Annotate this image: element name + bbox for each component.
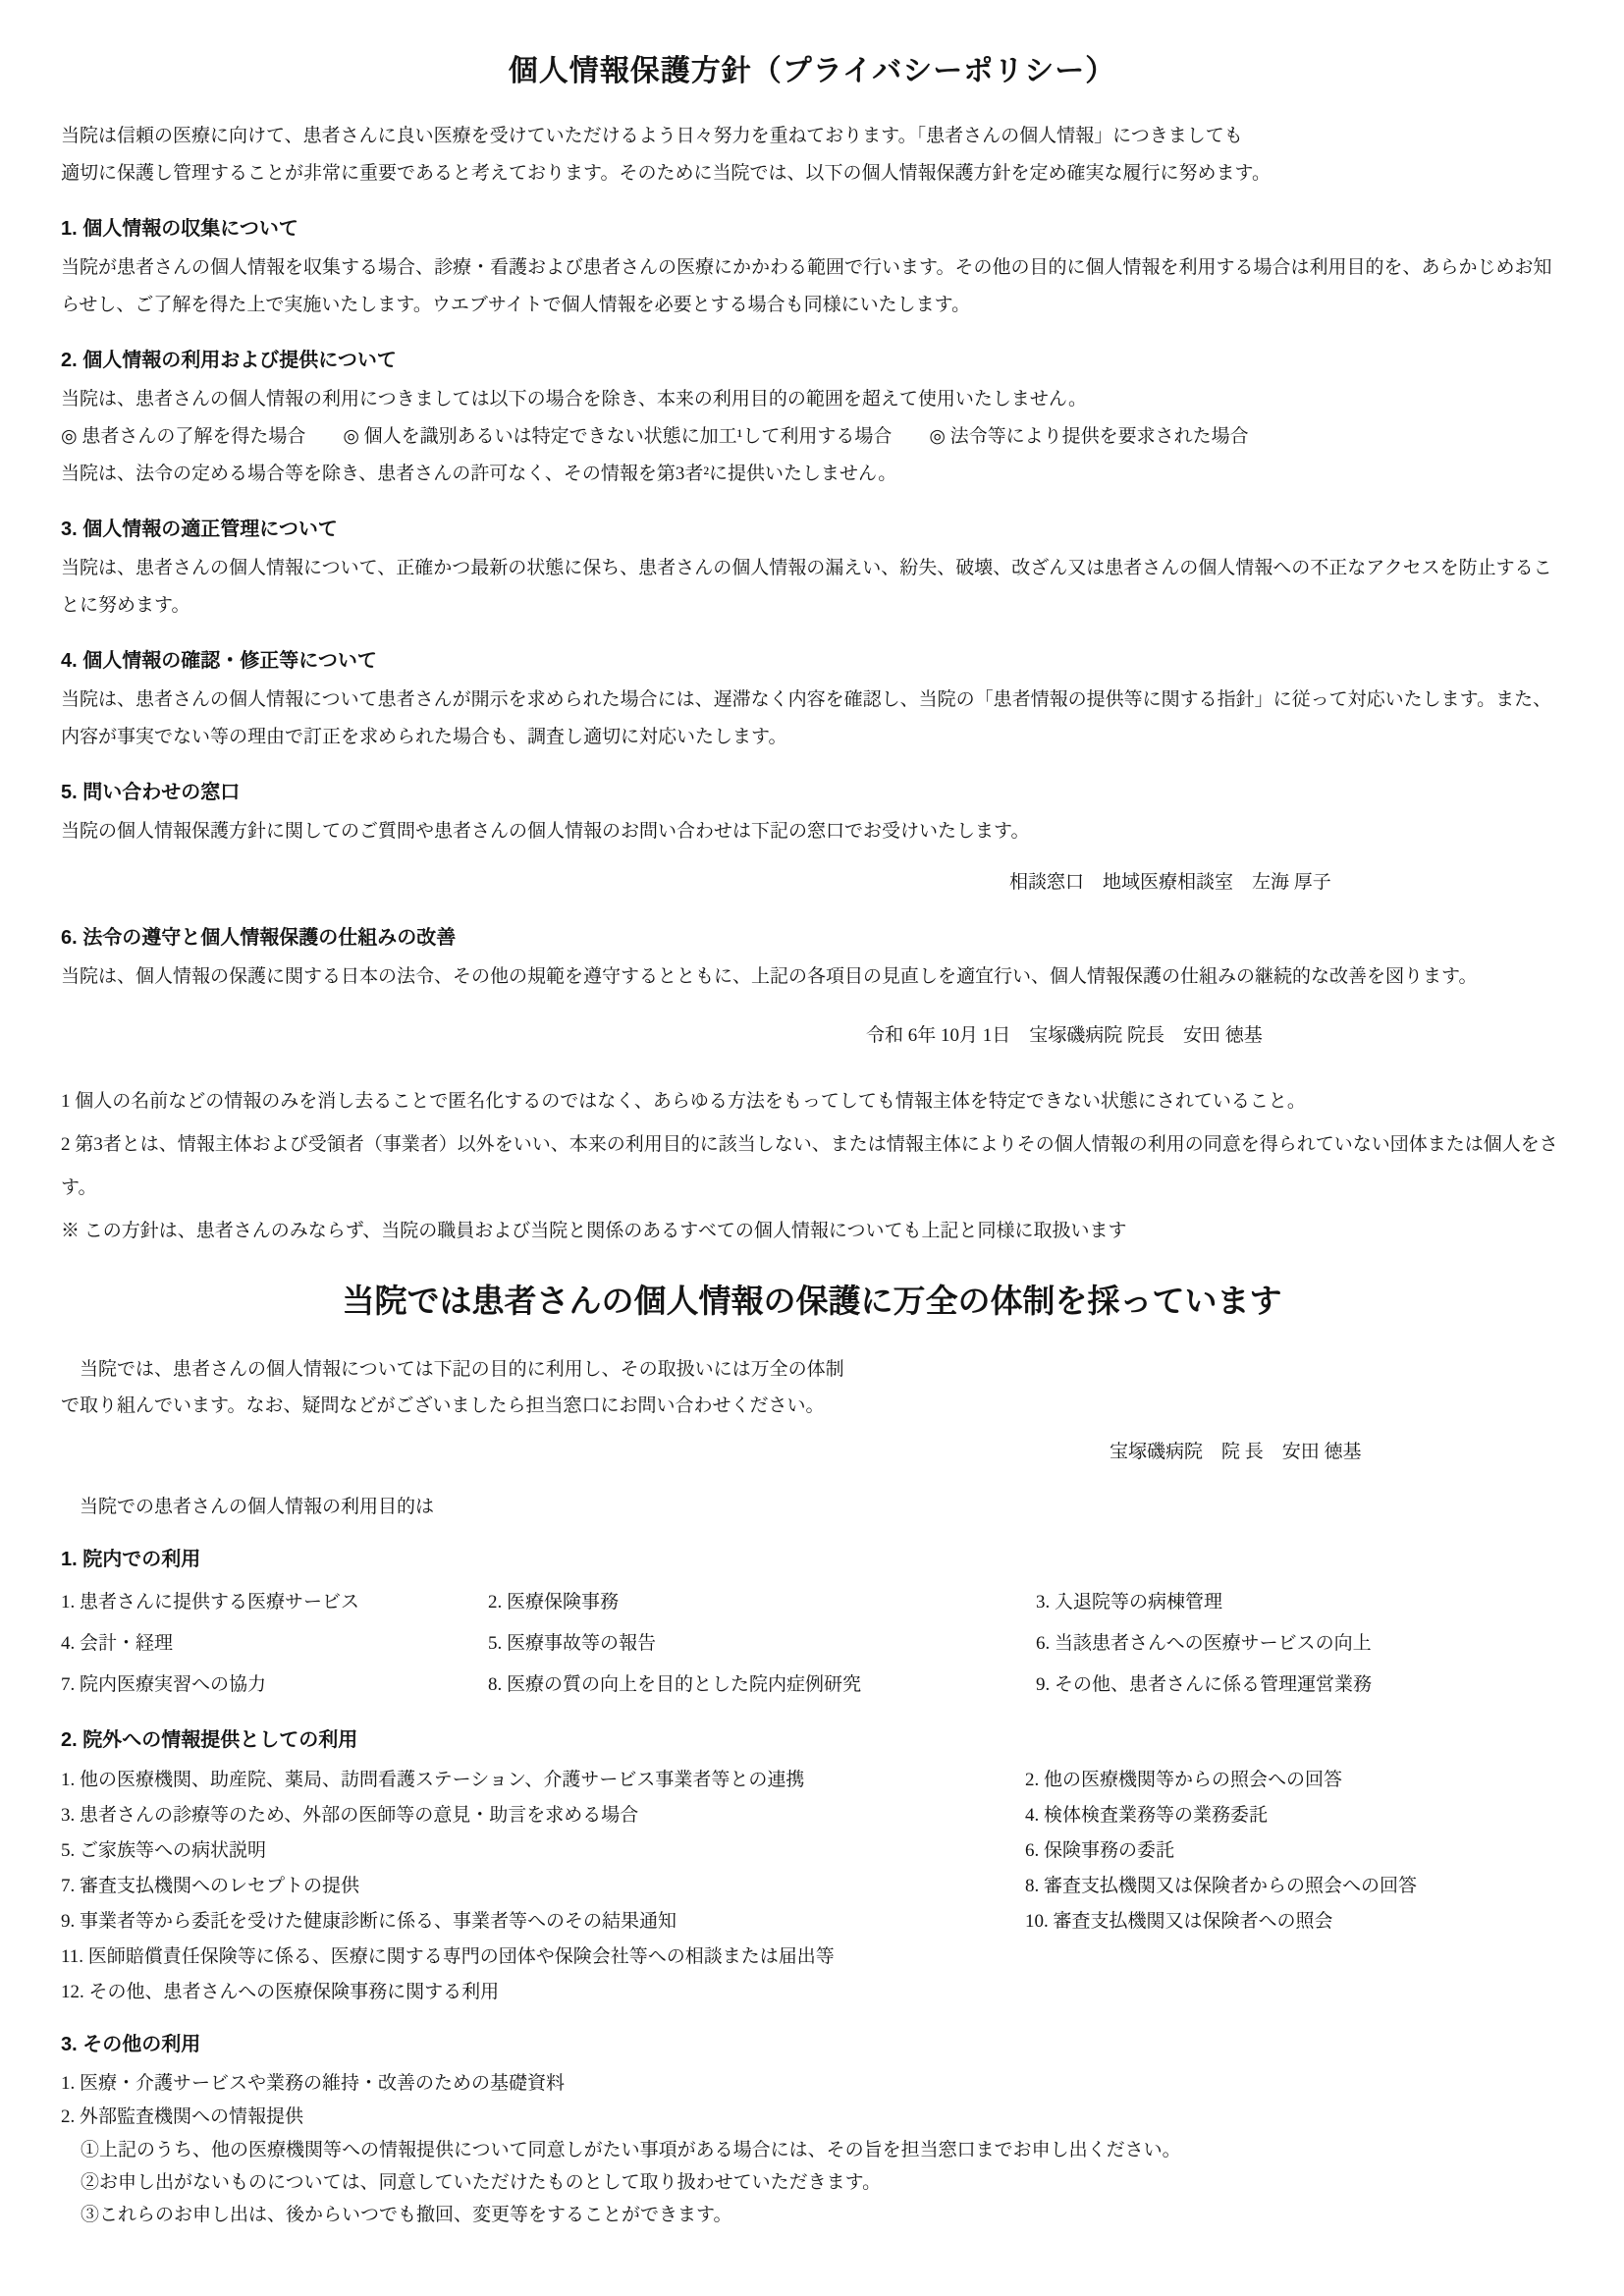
policy-section-4: 4. 個人情報の確認・修正等について 当院は、患者さんの個人情報について患者さん… bbox=[61, 646, 1563, 756]
intro-line-2: 適切に保護し管理することが非常に重要であると考えております。そのために当院では、… bbox=[61, 155, 1563, 192]
section-5-heading: 5. 問い合わせの窓口 bbox=[61, 778, 1563, 807]
section-3-paragraph: 当院は、患者さんの個人情報について、正確かつ最新の状態に保ち、患者さんの個人情報… bbox=[61, 550, 1563, 625]
usage-item: 2. 他の医療機関等からの照会への回答 bbox=[1025, 1763, 1563, 1798]
other-usage-heading: 3. その他の利用 bbox=[61, 2030, 1563, 2059]
section-2-paragraph-1: 当院は、患者さんの個人情報の利用につきましては以下の場合を除き、本来の利用目的の… bbox=[61, 381, 1563, 418]
footnote-2: 2 第3者とは、情報主体および受領者（事業者）以外をいい、本来の利用目的に該当し… bbox=[61, 1123, 1563, 1210]
page-title: 個人情報保護方針（プライバシーポリシー） bbox=[61, 51, 1563, 92]
usage-item: 1. 患者さんに提供する医療サービス bbox=[61, 1582, 488, 1623]
section-3-heading: 3. 個人情報の適正管理について bbox=[61, 515, 1563, 544]
other-usage-subitem: ③これらのお申し出は、後からいつでも撤回、変更等をすることができます。 bbox=[81, 2199, 1563, 2231]
other-usage-subitem: ①上記のうち、他の医療機関等への情報提供について同意しがたい事項がある場合には、… bbox=[81, 2134, 1563, 2166]
usage-item: 2. 医療保険事務 bbox=[488, 1582, 1036, 1623]
footnotes: 1 個人の名前などの情報のみを消し去ることで匿名化するのではなく、あらゆる方法を… bbox=[61, 1080, 1563, 1253]
usage-item: 1. 他の医療機関、助産院、薬局、訪問看護ステーション、介護サービス事業者等との… bbox=[61, 1763, 1025, 1798]
policy-section-1: 1. 個人情報の収集について 当院が患者さんの個人情報を収集する場合、診療・看護… bbox=[61, 214, 1563, 324]
usage-item: 1. 医療・介護サービスや業務の維持・改善のための基礎資料 bbox=[61, 2067, 1563, 2101]
usage-item: 7. 院内医療実習への協力 bbox=[61, 1665, 488, 1706]
external-usage-heading: 2. 院外への情報提供としての利用 bbox=[61, 1725, 1563, 1755]
policy-section-6: 6. 法令の遵守と個人情報保護の仕組みの改善 当院は、個人情報の保護に関する日本… bbox=[61, 923, 1563, 1055]
section-4-paragraph: 当院は、患者さんの個人情報について患者さんが開示を求められた場合には、遅滞なく内… bbox=[61, 682, 1563, 756]
section-6-heading: 6. 法令の遵守と個人情報保護の仕組みの改善 bbox=[61, 923, 1563, 953]
usage-item: 3. 入退院等の病棟管理 bbox=[1036, 1582, 1563, 1623]
other-usage-subitems: ①上記のうち、他の医療機関等への情報提供について同意しがたい事項がある場合には、… bbox=[61, 2134, 1563, 2231]
section-6-paragraph: 当院は、個人情報の保護に関する日本の法令、その他の規範を遵守するとともに、上記の… bbox=[61, 958, 1563, 996]
secondary-intro-line-1: 当院では、患者さんの個人情報については下記の目的に利用し、その取扱いには万全の体… bbox=[61, 1351, 1563, 1388]
usage-item: 6. 当該患者さんへの医療サービスの向上 bbox=[1036, 1623, 1563, 1665]
external-usage-list: 1. 他の医療機関、助産院、薬局、訪問看護ステーション、介護サービス事業者等との… bbox=[61, 1763, 1563, 2010]
section-3-body: 当院は、患者さんの個人情報について、正確かつ最新の状態に保ち、患者さんの個人情報… bbox=[61, 550, 1563, 625]
scope-note: ※ この方針は、患者さんのみならず、当院の職員および当院と関係のあるすべての個人… bbox=[61, 1210, 1563, 1253]
usage-item: 9. その他、患者さんに係る管理運営業務 bbox=[1036, 1665, 1563, 1706]
usage-item: 2. 外部監査機関への情報提供 bbox=[61, 2101, 1563, 2134]
usage-item: 10. 審査支払機関又は保険者への照会 bbox=[1025, 1904, 1563, 1940]
section-6-body: 当院は、個人情報の保護に関する日本の法令、その他の規範を遵守するとともに、上記の… bbox=[61, 958, 1563, 996]
section-1-body: 当院が患者さんの個人情報を収集する場合、診療・看護および患者さんの医療にかかわる… bbox=[61, 249, 1563, 324]
contact-window-line: 相談窓口 地域医療相談室 左海 厚子 bbox=[61, 864, 1563, 902]
date-signature-line: 令和 6年 10月 1日 宝塚磯病院 院長 安田 徳基 bbox=[61, 1017, 1563, 1055]
other-usage-section: 3. その他の利用 1. 医療・介護サービスや業務の維持・改善のための基礎資料 … bbox=[61, 2030, 1563, 2231]
section-1-paragraph: 当院が患者さんの個人情報を収集する場合、診療・看護および患者さんの医療にかかわる… bbox=[61, 249, 1563, 324]
usage-item: 8. 医療の質の向上を目的とした院内症例研究 bbox=[488, 1665, 1036, 1706]
section-2-conditions-line: ◎ 患者さんの了解を得た場合 ◎ 個人を識別あるいは特定できない状態に加工¹して… bbox=[61, 418, 1563, 456]
footnote-1: 1 個人の名前などの情報のみを消し去ることで匿名化するのではなく、あらゆる方法を… bbox=[61, 1080, 1563, 1123]
usage-item: 12. その他、患者さんへの医療保険事務に関する利用 bbox=[61, 1975, 1563, 2010]
section-2-body: 当院は、患者さんの個人情報の利用につきましては以下の場合を除き、本来の利用目的の… bbox=[61, 381, 1563, 493]
section-4-body: 当院は、患者さんの個人情報について患者さんが開示を求められた場合には、遅滞なく内… bbox=[61, 682, 1563, 756]
usage-item: 5. 医療事故等の報告 bbox=[488, 1623, 1036, 1665]
inhouse-usage-heading: 1. 院内での利用 bbox=[61, 1545, 1563, 1574]
director-signature-line: 宝塚磯病院 院 長 安田 徳基 bbox=[61, 1434, 1563, 1470]
usage-item: 9. 事業者等から委託を受けた健康診断に係る、事業者等へのその結果通知 bbox=[61, 1904, 1025, 1940]
secondary-intro-line-2: で取り組んでいます。なお、疑問などがございましたら担当窓口にお問い合わせください… bbox=[61, 1388, 1563, 1424]
usage-item: 8. 審査支払機関又は保険者からの照会への回答 bbox=[1025, 1869, 1563, 1904]
privacy-policy-document: 個人情報保護方針（プライバシーポリシー） 当院は信頼の医療に向けて、患者さんに良… bbox=[0, 0, 1624, 2296]
section-2-heading: 2. 個人情報の利用および提供について bbox=[61, 346, 1563, 375]
usage-item: 4. 検体検査業務等の業務委託 bbox=[1025, 1798, 1563, 1833]
policy-section-5: 5. 問い合わせの窓口 当院の個人情報保護方針に関してのご質問や患者さんの個人情… bbox=[61, 778, 1563, 902]
usage-item: 11. 医師賠償責任保険等に係る、医療に関する専門の団体や保険会社等への相談また… bbox=[61, 1940, 1563, 1975]
usage-item: 5. ご家族等への病状説明 bbox=[61, 1833, 1025, 1869]
inhouse-usage-list: 1. 患者さんに提供する医療サービス 2. 医療保険事務 3. 入退院等の病棟管… bbox=[61, 1582, 1563, 1706]
secondary-intro: 当院では、患者さんの個人情報については下記の目的に利用し、その取扱いには万全の体… bbox=[61, 1351, 1563, 1424]
section-5-body: 当院の個人情報保護方針に関してのご質問や患者さんの個人情報のお問い合わせは下記の… bbox=[61, 813, 1563, 850]
section-2-paragraph-3: 当院は、法令の定める場合等を除き、患者さんの許可なく、その情報を第3者²に提供い… bbox=[61, 456, 1563, 493]
policy-section-3: 3. 個人情報の適正管理について 当院は、患者さんの個人情報について、正確かつ最… bbox=[61, 515, 1563, 625]
policy-section-2: 2. 個人情報の利用および提供について 当院は、患者さんの個人情報の利用につきま… bbox=[61, 346, 1563, 493]
usage-item: 7. 審査支払機関へのレセプトの提供 bbox=[61, 1869, 1025, 1904]
other-usage-subitem: ②お申し出がないものについては、同意していただけたものとして取り扱わせていただき… bbox=[81, 2166, 1563, 2199]
section-1-heading: 1. 個人情報の収集について bbox=[61, 214, 1563, 244]
usage-item: 6. 保険事務の委託 bbox=[1025, 1833, 1563, 1869]
purpose-lead-line: 当院での患者さんの個人情報の利用目的は bbox=[61, 1490, 1563, 1525]
inhouse-usage-section: 1. 院内での利用 1. 患者さんに提供する医療サービス 2. 医療保険事務 3… bbox=[61, 1545, 1563, 1706]
section-4-heading: 4. 個人情報の確認・修正等について bbox=[61, 646, 1563, 676]
usage-item: 3. 患者さんの診療等のため、外部の医師等の意見・助言を求める場合 bbox=[61, 1798, 1025, 1833]
intro-paragraph: 当院は信頼の医療に向けて、患者さんに良い医療を受けていただけるよう日々努力を重ね… bbox=[61, 118, 1563, 192]
usage-item: 4. 会計・経理 bbox=[61, 1623, 488, 1665]
intro-line-1: 当院は信頼の医療に向けて、患者さんに良い医療を受けていただけるよう日々努力を重ね… bbox=[61, 118, 1563, 155]
section-5-paragraph: 当院の個人情報保護方針に関してのご質問や患者さんの個人情報のお問い合わせは下記の… bbox=[61, 813, 1563, 850]
other-usage-list: 1. 医療・介護サービスや業務の維持・改善のための基礎資料 2. 外部監査機関へ… bbox=[61, 2067, 1563, 2134]
external-usage-section: 2. 院外への情報提供としての利用 1. 他の医療機関、助産院、薬局、訪問看護ス… bbox=[61, 1725, 1563, 2010]
secondary-title: 当院では患者さんの個人情報の保護に万全の体制を採っています bbox=[61, 1279, 1563, 1326]
